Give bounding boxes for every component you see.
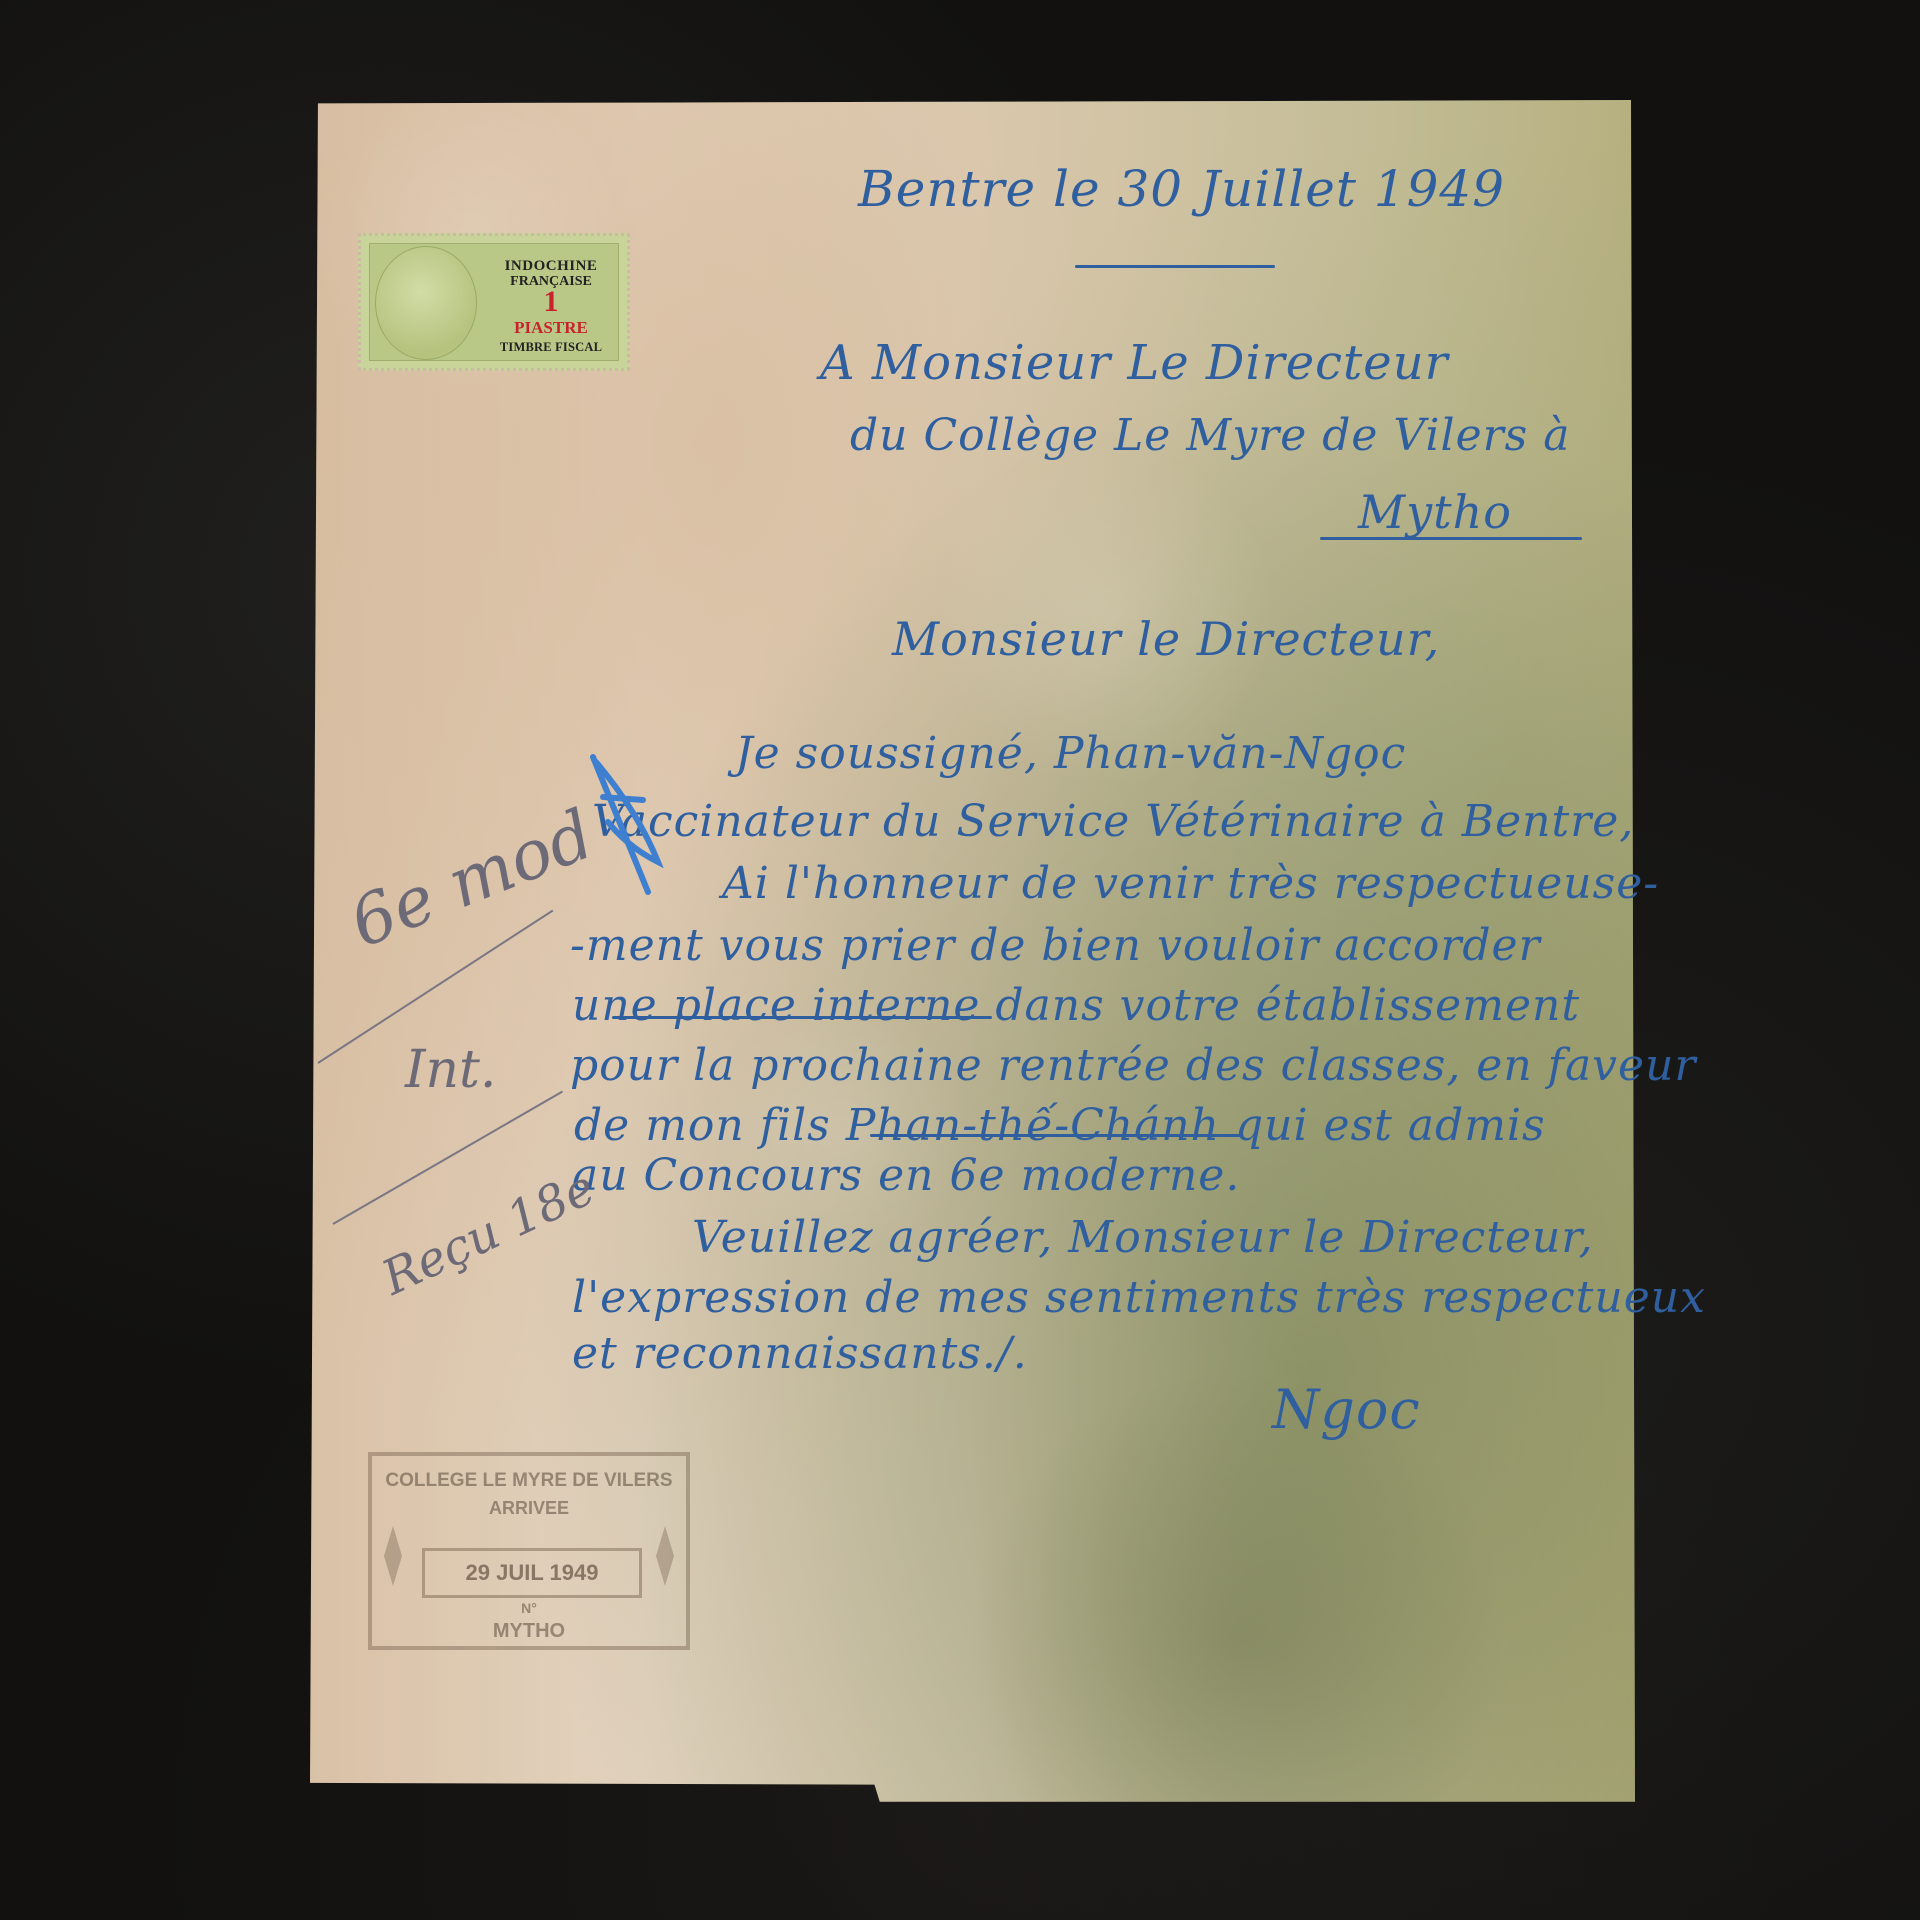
salutation: Monsieur le Directeur, [892,612,1440,666]
body-line-7: de mon fils Phan-thế-Chánh qui est admis [574,1100,1546,1151]
place-interne-underline [612,1016,992,1019]
body-line-4: -ment vous prier de bien vouloir accorde… [570,920,1541,971]
stamp-unit: PIASTRE [486,318,616,338]
stamp-diamond-left-icon [384,1526,402,1586]
receipt-stamp: COLLEGE LE MYRE DE VILERS ARRIVEE 29 JUI… [368,1452,690,1650]
body-line-3: Ai l'honneur de venir très respectueuse- [722,858,1659,909]
receipt-stamp-city: MYTHO [372,1620,686,1643]
stamp-type: TIMBRE FISCAL [486,340,616,355]
date-underline [1075,265,1275,268]
blue-correction-mark-icon [588,752,678,902]
closing-line-1: Veuillez agréer, Monsieur le Directeur, [692,1212,1594,1263]
receipt-stamp-school: COLLEGE LE MYRE DE VILERS [372,1470,686,1492]
place-date: Bentre le 30 Juillet 1949 [858,160,1505,218]
body-line-5: une place interne dans votre établisseme… [572,980,1580,1031]
stamp-diamond-right-icon [656,1526,674,1586]
receipt-stamp-number: N° [372,1600,686,1616]
body-line-8: au Concours en 6e moderne. [572,1150,1240,1201]
body-line-1: Je soussigné, Phan-văn-Ngọc [735,728,1406,779]
receipt-stamp-date: 29 JUIL 1949 [422,1548,642,1598]
son-name-underline [870,1134,1242,1137]
fiscal-stamp: INDOCHINE FRANÇAISE 1 PIASTRE TIMBRE FIS… [358,233,630,371]
receipt-stamp-arrivee: ARRIVEE [372,1498,686,1519]
marianne-portrait-icon [375,246,477,360]
stamp-line1: INDOCHINE [486,258,616,275]
recipient-line3: Mytho [1358,485,1512,539]
margin-note-intern: Int. [405,1040,496,1100]
mytho-underline [1320,537,1582,540]
stamp-value: 1 [486,286,616,318]
body-line-6: pour la prochaine rentrée des classes, e… [570,1040,1696,1091]
body-line-2: Vaccinateur du Service Vétérinaire à Ben… [592,796,1634,847]
recipient-line1: A Monsieur Le Directeur [820,335,1449,391]
closing-line-2: l'expression de mes sentiments très resp… [572,1272,1706,1323]
closing-line-3: et reconnaissants./. [572,1328,1028,1379]
signature: Ngoc [1272,1378,1421,1441]
recipient-line2: du Collège Le Myre de Vilers à [850,410,1570,461]
